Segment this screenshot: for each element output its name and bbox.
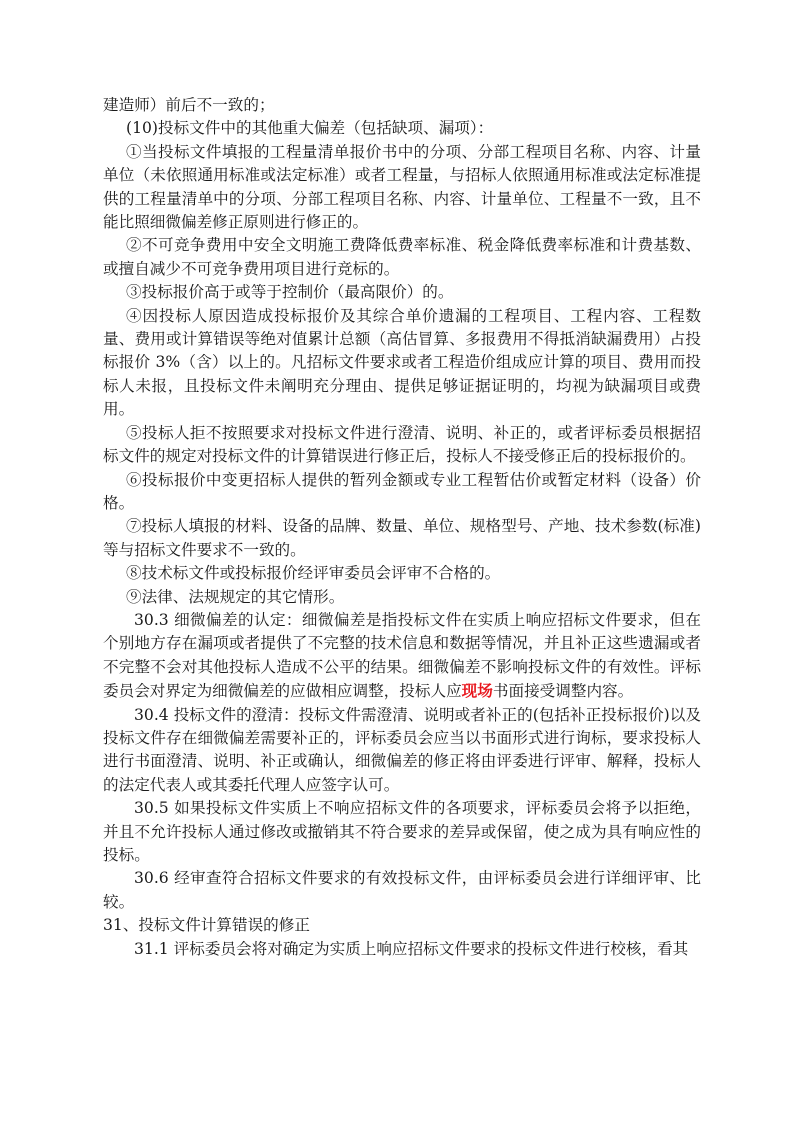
paragraph-subitem-1: ①当投标文件填报的工程量清单报价书中的分项、分部工程项目名称、内容、计量单位（未… <box>103 141 701 235</box>
paragraph-30-3-after: 书面接受调整内容。 <box>493 682 633 700</box>
paragraph-30-6: 30.6 经审查符合招标文件要求的有效投标文件，由评标委员会进行详细评审、比较。 <box>103 867 701 914</box>
paragraph-subitem-2: ②不可竞争费用中安全文明施工费降低费率标准、税金降低费率标准和计费基数、或擅自减… <box>103 234 701 281</box>
paragraph-subitem-4: ④因投标人原因造成投标报价及其综合单价遗漏的工程项目、工程内容、工程数量、费用或… <box>103 305 701 422</box>
section-heading-31: 31、投标文件计算错误的修正 <box>103 914 701 937</box>
paragraph-item-10: (10)投标文件中的其他重大偏差（包括缺项、漏项）： <box>103 117 701 140</box>
paragraph-subitem-3: ③投标报价高于或等于控制价（最高限价）的。 <box>103 281 701 304</box>
paragraph-subitem-6: ⑥投标报价中变更招标人提供的暂列金额或专业工程暂估价或暂定材料（设备）价格。 <box>103 469 701 516</box>
document-page: 建造师）前后不一致的； (10)投标文件中的其他重大偏差（包括缺项、漏项）： ①… <box>103 94 701 961</box>
paragraph-continuation: 建造师）前后不一致的； <box>103 94 701 117</box>
paragraph-30-4: 30.4 投标文件的澄清：投标文件需澄清、说明或者补正的(包括补正投标报价)以及… <box>103 704 701 798</box>
paragraph-subitem-9: ⑨法律、法规规定的其它情形。 <box>103 586 701 609</box>
paragraph-30-5: 30.5 如果投标文件实质上不响应招标文件的各项要求，评标委员会将予以拒绝，并且… <box>103 797 701 867</box>
highlighted-text: 现场 <box>462 681 493 700</box>
paragraph-30-3: 30.3 细微偏差的认定：细微偏差是指投标文件在实质上响应招标文件要求，但在个别… <box>103 609 701 704</box>
paragraph-31-1: 31.1 评标委员会将对确定为实质上响应招标文件要求的投标文件进行校核，看其 <box>103 938 701 961</box>
paragraph-subitem-7: ⑦投标人填报的材料、设备的品牌、数量、单位、规格型号、产地、技术参数(标准)等与… <box>103 515 701 562</box>
paragraph-subitem-5: ⑤投标人拒不按照要求对投标文件进行澄清、说明、补正的，或者评标委员根据招标文件的… <box>103 422 701 469</box>
paragraph-subitem-8: ⑧技术标文件或投标报价经评审委员会评审不合格的。 <box>103 562 701 585</box>
